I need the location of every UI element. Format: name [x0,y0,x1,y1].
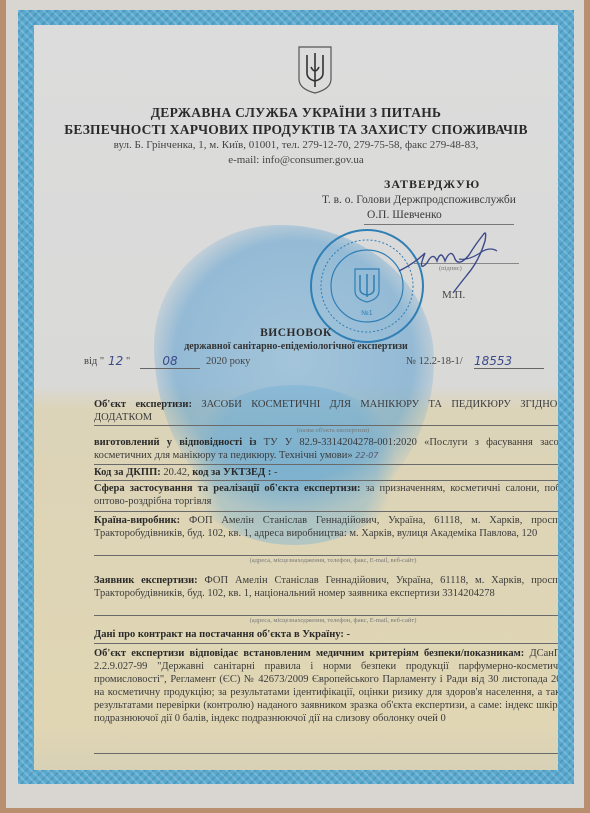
agency-name-line2: БЕЗПЕЧНОСТІ ХАРЧОВИХ ПРОДУКТІВ ТА ЗАХИСТ… [34,122,558,138]
uktzed-value: - [274,467,278,478]
ornamental-border: ДЕРЖАВНА СЛУЖБА УКРАЇНИ З ПИТАНЬ БЕЗПЕЧН… [18,10,574,784]
applicant-label: Заявник експертизи: [94,575,198,586]
contract-value: - [346,629,350,640]
contract-label: Дані про контракт на постачання об'єкта … [94,629,344,640]
applicant-caption: (адреса, місцезнаходження, телефон, факс… [94,617,558,624]
divider [94,425,558,426]
divider [94,464,558,465]
uktzed-label: код за УКТЗЕД : [192,467,271,478]
agency-name-line1: ДЕРЖАВНА СЛУЖБА УКРАЇНИ З ПИТАНЬ [34,105,558,121]
divider [94,753,558,754]
divider [94,643,558,644]
approval-title: ЗАТВЕРДЖУЮ [384,177,480,192]
divider [94,555,558,556]
date-prefix: від " [84,356,104,367]
compliance-label: Об'єкт експертизи відповідає встановлени… [94,648,524,659]
section-codes: Код за ДКПП: 20.42, код за УКТЗЕД : - [94,466,558,479]
dkpp-value: 20.42, [163,467,189,478]
section-applicant: Заявник експертизи: ФОП Амелін Станіслав… [94,574,558,600]
agency-email: e-mail: info@consumer.gov.ua [34,154,558,166]
number-prefix: № 12.2-18-1/ [406,356,463,367]
scope-label: Сфера застосування та реалізації об'єкта… [94,483,361,494]
section-manufactured: виготовлений у відповідності із ТУ У 82.… [94,436,558,462]
object-label: Об'єкт експертизи: [94,399,192,410]
document-sheet: ДЕРЖАВНА СЛУЖБА УКРАЇНИ З ПИТАНЬ БЕЗПЕЧН… [6,0,584,808]
svg-text:№1: №1 [361,310,373,317]
section-compliance: Об'єкт експертизи відповідає встановлени… [94,647,558,725]
section-contract: Дані про контракт на постачання об'єкта … [94,628,558,641]
document-body: ДЕРЖАВНА СЛУЖБА УКРАЇНИ З ПИТАНЬ БЕЗПЕЧН… [34,25,558,770]
date-sep: " [126,356,130,367]
conclusion-title: ВИСНОВОК [34,327,558,339]
divider [94,511,558,512]
dkpp-label: Код за ДКПП: [94,467,161,478]
divider [94,480,558,481]
date-number-line: від " 12 " 08 2020 року № 12.2-18-1/ 185… [84,354,554,370]
section-manufacturer: Країна-виробник: ФОП Амелін Станіслав Ге… [94,514,558,540]
section-scope: Сфера застосування та реалізації об'єкта… [94,482,558,508]
manufactured-handwritten: 22-07 [355,451,378,460]
date-day: 12 [108,354,123,368]
section-object: Об'єкт експертизи: ЗАСОБИ КОСМЕТИЧНІ ДЛЯ… [94,398,558,424]
manufacturer-label: Країна-виробник: [94,515,180,526]
object-caption: (назва об'єкта експертизи) [94,427,558,434]
agency-address: вул. Б. Грінченка, 1, м. Київ, 01001, те… [34,139,558,151]
approval-role: Т. в. о. Голови Держпродспоживслужби [322,194,516,206]
divider [94,615,558,616]
manufacturer-caption: (адреса, місцезнаходження, телефон, факс… [94,557,558,564]
manufactured-label: виготовлений у відповідності із [94,437,256,448]
compliance-value: ДСанПіН 2.2.9.027-99 "Державні санітарні… [94,648,558,724]
approval-name: О.П. Шевченко [367,209,442,221]
handwritten-signature-icon [397,221,517,301]
trident-emblem-icon [297,45,333,95]
conclusion-subtitle: державної санітарно-епідеміологічної екс… [34,341,558,352]
date-year: 2020 року [206,356,250,367]
conclusion-number: 18553 [474,354,544,369]
date-month: 08 [140,354,200,369]
